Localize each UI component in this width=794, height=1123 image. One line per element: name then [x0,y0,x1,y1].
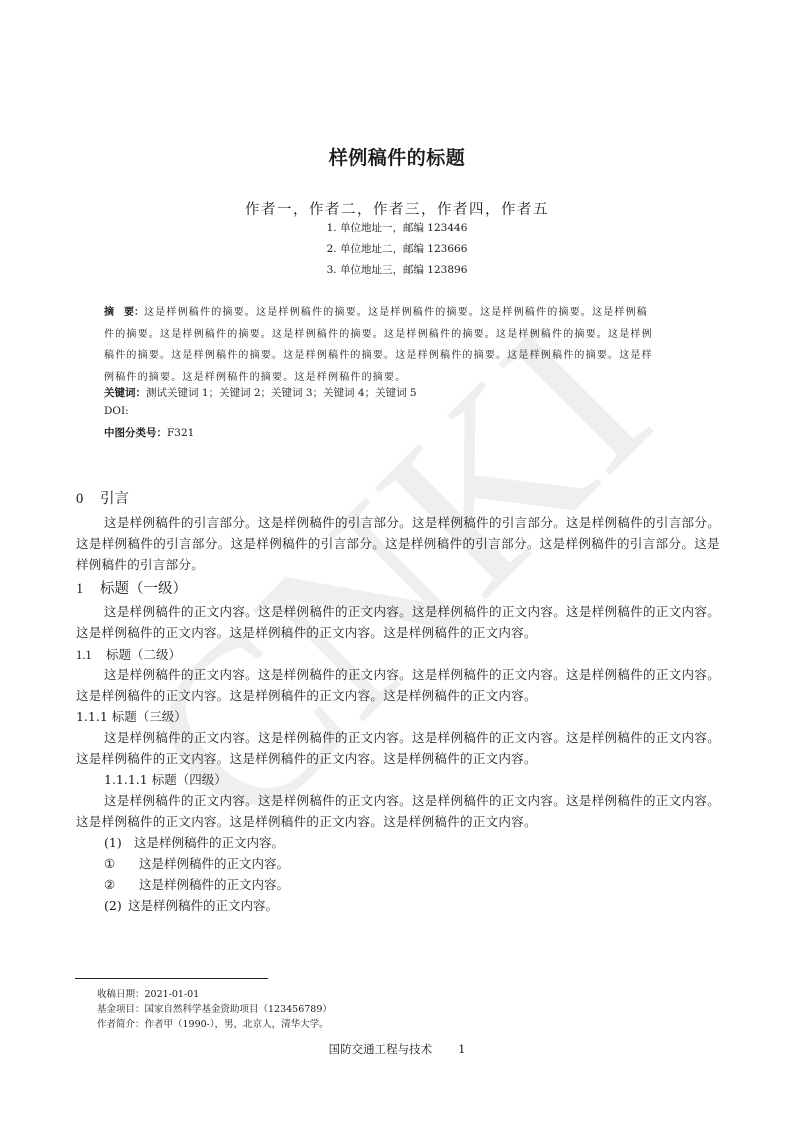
author-list: 作者一，作者二，作者三，作者四，作者五 [0,198,794,219]
paper-page: 样例稿件的标题 作者一，作者二，作者三，作者四，作者五 1. 单位地址一，邮编 … [0,0,794,1123]
section-heading-1-1-1-1: 1.1.1.1 标题（四级） [104,770,227,788]
keywords-label: 关键词： [104,387,146,399]
page-footer: 国防交通工程与技术1 [0,1041,794,1057]
abstract-line-2: 件的摘要。这是样例稿件的摘要。这是样例稿件的摘要。这是样例稿件的摘要。这是样例稿… [104,324,704,346]
section-1-1-1-1-paragraph: 这是样例稿件的正文内容。这是样例稿件的正文内容。这是样例稿件的正文内容。这是样例… [76,790,720,832]
keywords-value: 测试关键词 1；关键词 2；关键词 3；关键词 4；关键词 5 [146,387,417,399]
page-number: 1 [458,1042,465,1056]
paper-title: 样例稿件的标题 [0,143,794,170]
footnote-funding: 基金项目：国家自然科学基金资助项目（123456789） [97,1001,332,1015]
intro-paragraph: 这是样例稿件的引言部分。这是样例稿件的引言部分。这是样例稿件的引言部分。这是样例… [76,512,720,575]
section-heading-1-1-1: 1.1.1 标题（三级） [76,707,187,725]
journal-name: 国防交通工程与技术 [329,1042,433,1056]
affiliation-2: 2. 单位地址二，邮编 123666 [0,241,794,256]
list-marker: (2) [104,898,128,913]
clc-label: 中图分类号： [104,427,167,439]
affiliation-3: 3. 单位地址三，邮编 123896 [0,262,794,277]
section-1-paragraph: 这是样例稿件的正文内容。这是样例稿件的正文内容。这是样例稿件的正文内容。这是样例… [76,601,720,643]
clc-value: F321 [167,427,194,439]
section-heading-intro: 0引言 [76,487,129,508]
doi-label: DOI: [104,405,129,417]
footnote-received-date: 收稿日期：2021-01-01 [97,986,199,1000]
list-marker: ② [104,877,139,892]
abstract-line-1: 摘 要：这是样例稿件的摘要。这是样例稿件的摘要。这是样例稿件的摘要。这是样例稿件… [104,302,704,324]
keywords: 关键词：测试关键词 1；关键词 2；关键词 3；关键词 4；关键词 5 [104,385,417,400]
list-item: (1)这是样例稿件的正文内容。 [104,833,284,851]
list-item: ②这是样例稿件的正文内容。 [104,875,289,893]
section-heading-1-1: 1.1标题（二级） [76,645,181,663]
abstract: 摘 要：这是样例稿件的摘要。这是样例稿件的摘要。这是样例稿件的摘要。这是样例稿件… [104,302,704,388]
footnote-divider [75,978,268,979]
doi: DOI: [104,405,129,417]
section-1-1-1-paragraph: 这是样例稿件的正文内容。这是样例稿件的正文内容。这是样例稿件的正文内容。这是样例… [76,727,720,769]
section-1-1-paragraph: 这是样例稿件的正文内容。这是样例稿件的正文内容。这是样例稿件的正文内容。这是样例… [76,664,720,706]
affiliation-1: 1. 单位地址一，邮编 123446 [0,220,794,235]
section-heading-1: 1标题（一级） [76,577,187,598]
abstract-line-3: 稿件的摘要。这是样例稿件的摘要。这是样例稿件的摘要。这是样例稿件的摘要。这是样例… [104,345,704,367]
abstract-label: 摘 要： [104,307,144,318]
clc-number: 中图分类号：F321 [104,425,194,440]
footnote-author-bio: 作者简介：作者甲（1990-），男，北京人，清华大学。 [97,1016,329,1030]
list-marker: (1) [104,835,134,850]
list-item: (2)这是样例稿件的正文内容。 [104,896,278,914]
list-marker: ① [104,856,139,871]
list-item: ①这是样例稿件的正文内容。 [104,854,289,872]
